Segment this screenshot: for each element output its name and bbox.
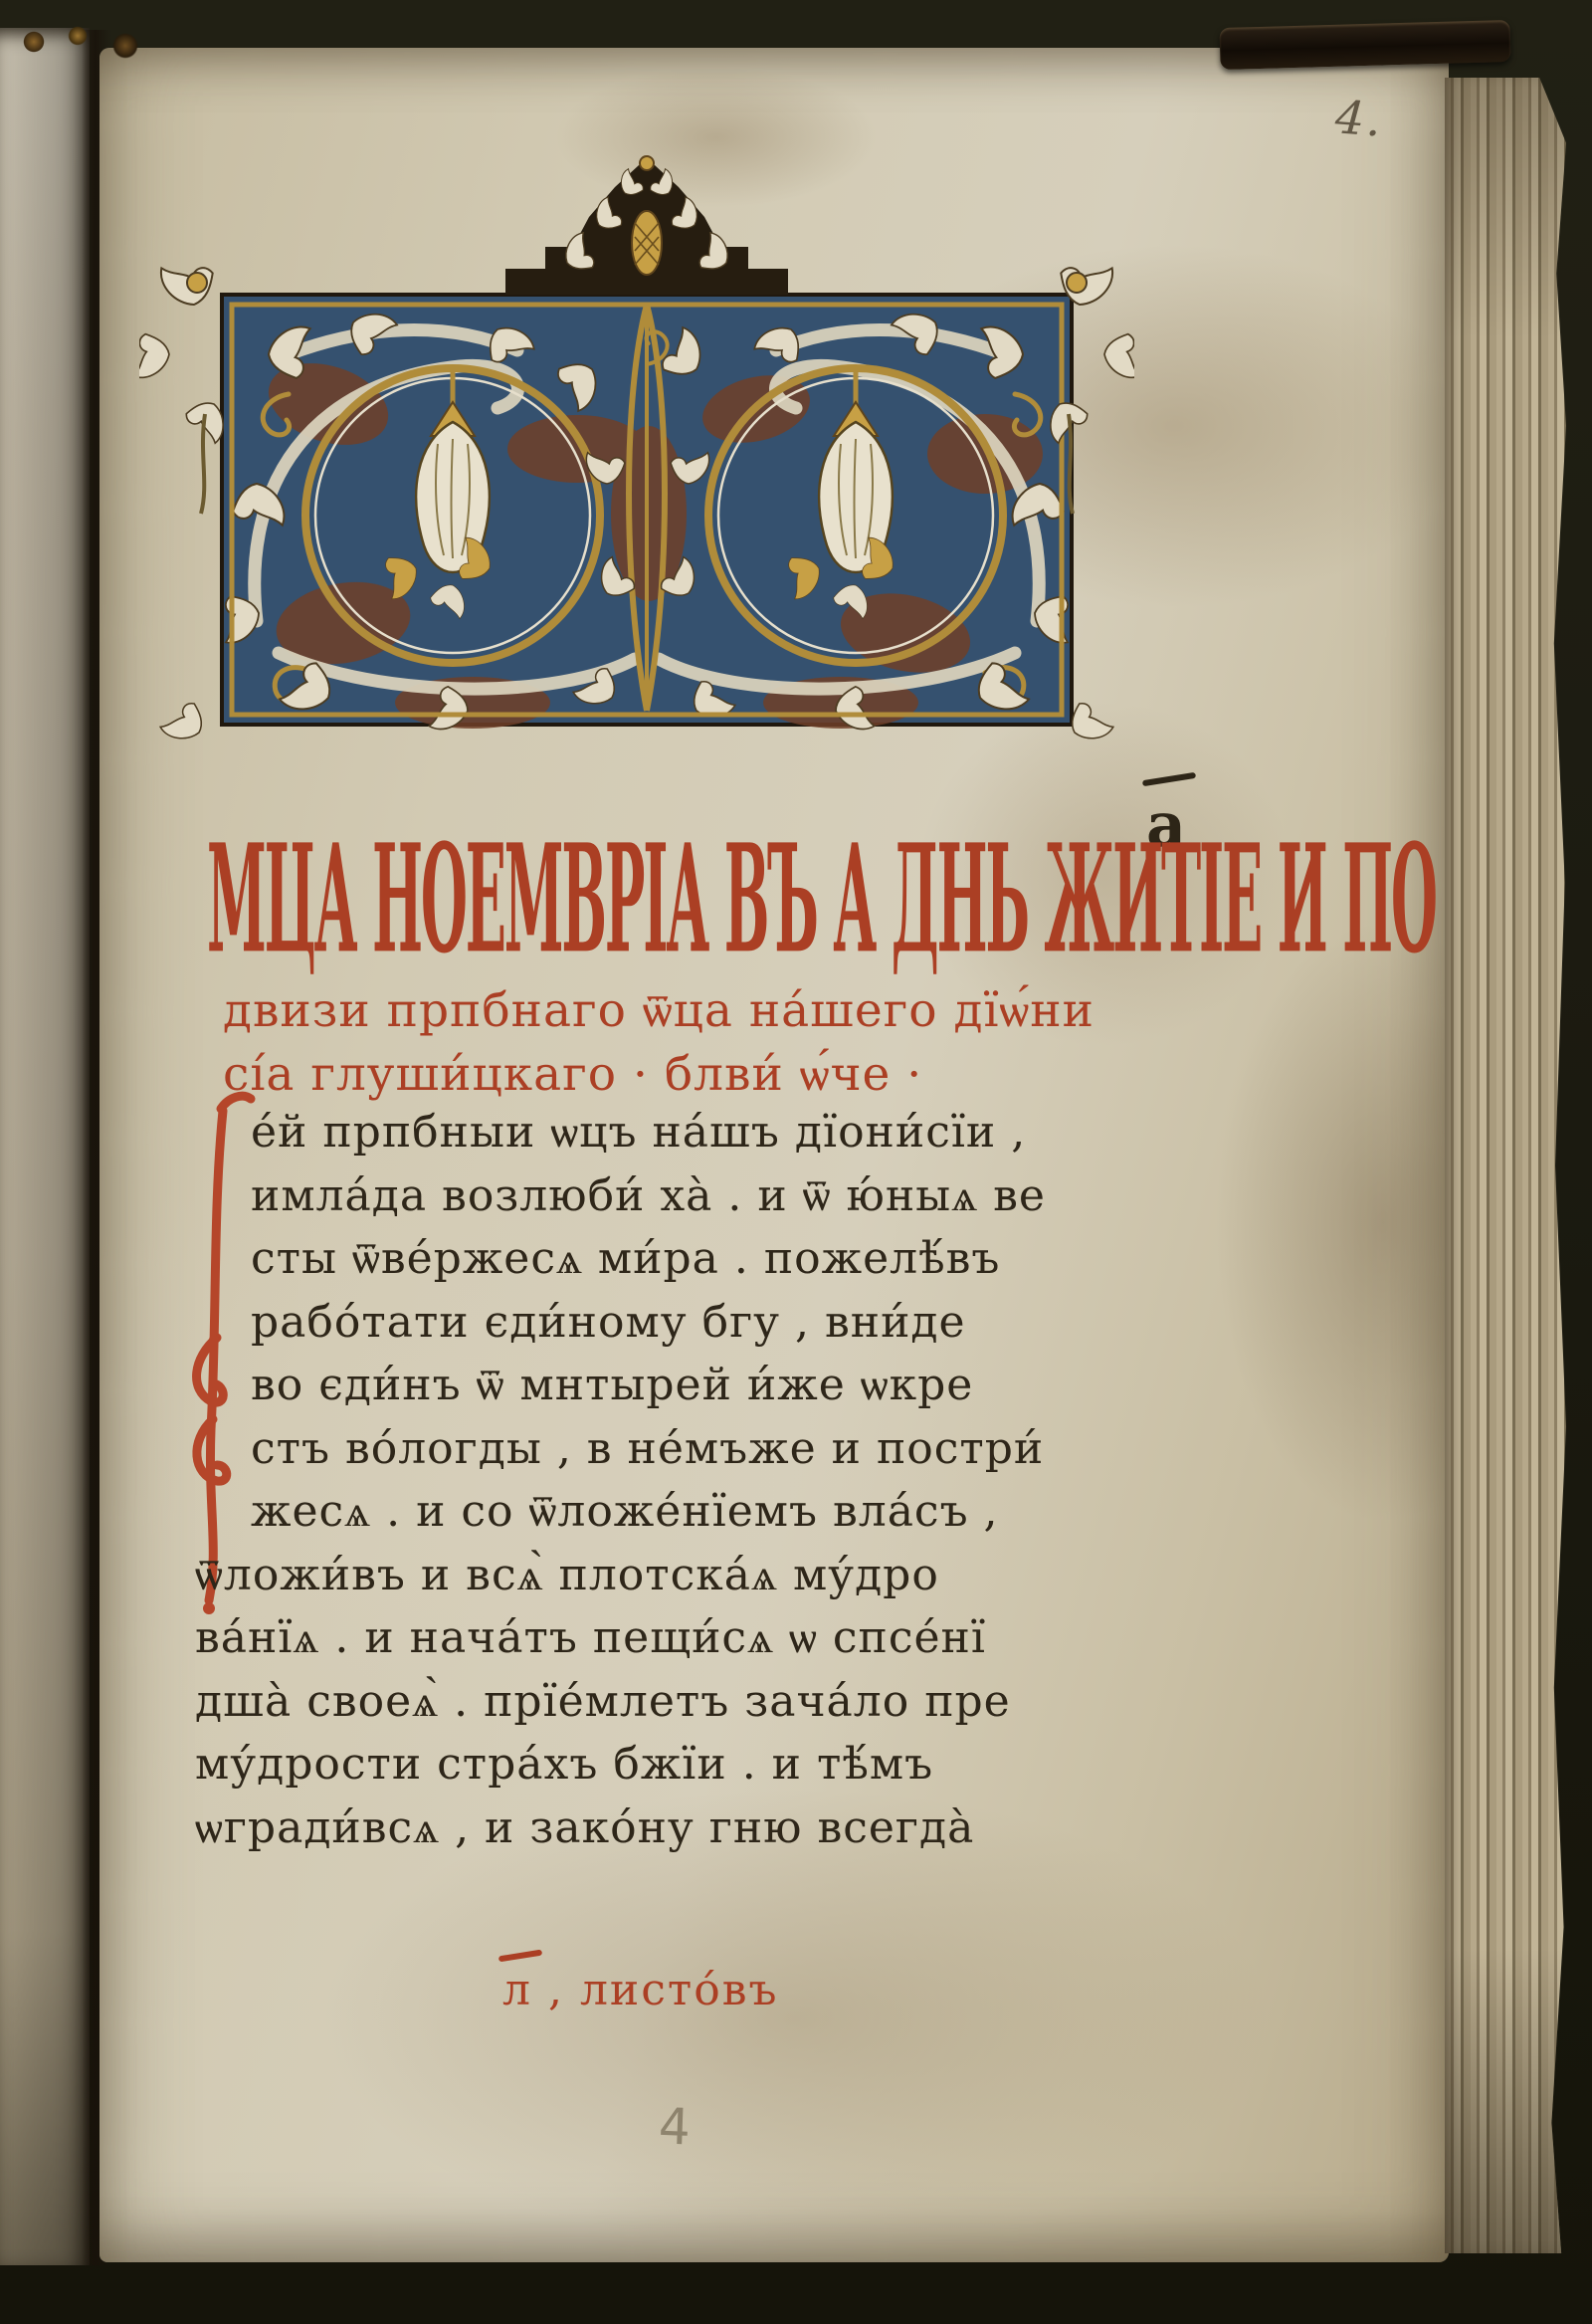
text-line: во єди́нъ ѿ мнтырей и́же ѡкре	[251, 1354, 1166, 1417]
rubric-block: двизи прпбнаго ѿца на́шего дїѡ́ни сі́а г…	[223, 979, 1118, 1107]
pencil-folio-number: 4	[658, 2097, 692, 2156]
binding-fragment	[8, 16, 157, 64]
text-line: е́й прпбныи ѡцъ на́шъ дїони́сїи ,	[251, 1101, 1166, 1164]
rubric-line: двизи прпбнаго ѿца на́шего дїѡ́ни	[223, 979, 1118, 1043]
body-text-block: е́й прпбныи ѡцъ на́шъ дїони́сїи , имла́д…	[251, 1101, 1166, 1859]
text-line: рабо́тати єди́ному бгу , вни́де	[251, 1291, 1166, 1355]
text-line: сты ѿве́ржесѧ ми́ра . пожелѣ́въ	[251, 1227, 1166, 1291]
headpiece-crest	[505, 156, 788, 295]
text-line: ва́нїѧ . и нача́тъ пещи́сѧ ѡ спсе́нї	[195, 1606, 1166, 1670]
leaf-count-numeral: л	[502, 1965, 532, 2015]
leaf-count-separator: ,	[548, 1965, 564, 2015]
illuminated-headpiece	[139, 155, 1134, 752]
text-line: ѡгради́всѧ , и зако́ну гню всегда̀	[195, 1796, 1166, 1860]
book-clasp	[1219, 20, 1510, 70]
headpiece-ornament-graphic	[139, 155, 1134, 752]
leaf-count-rubric: л , листо́въ	[502, 1965, 778, 2015]
vyaz-title: МЦА НОЕМВРІА ВЪ А ДНЬ ЖИТІЕ И ПО	[207, 814, 1107, 973]
text-line: имла́да возлюби́ ха̀ . и ѿ ю́ныѧ ве	[251, 1164, 1166, 1228]
text-line: дша̀ своеѧ̀ . прїе́млетъ зача́ло пре	[195, 1670, 1166, 1734]
facing-page-edge	[0, 28, 90, 2265]
vyaz-title-text: МЦА НОЕМВРІА ВЪ А ДНЬ ЖИТІЕ И ПО	[207, 814, 1436, 987]
folio-number-ink: 4.	[1333, 90, 1385, 146]
text-line: ѿложи́въ и всѧ̀ плотска́ѧ му́дро	[195, 1544, 1166, 1607]
text-line: му́дрости стра́хъ бжїи . и тѣ́мъ	[195, 1733, 1166, 1796]
page-stack-fore-edge	[1445, 78, 1566, 2253]
text-line: стъ во́логды , в не́мъже и постри́	[251, 1417, 1166, 1481]
text-line: жесѧ . и со ѿложе́нїемъ вла́съ ,	[251, 1480, 1166, 1544]
rubric-line: сі́а глуши́цкаго · блви́ ѡ́че ·	[223, 1043, 1118, 1107]
manuscript-photo: { "colors":{ "backdrop":"#1c1b11","parch…	[0, 0, 1592, 2324]
leaf-count-word: листо́въ	[580, 1965, 779, 2015]
